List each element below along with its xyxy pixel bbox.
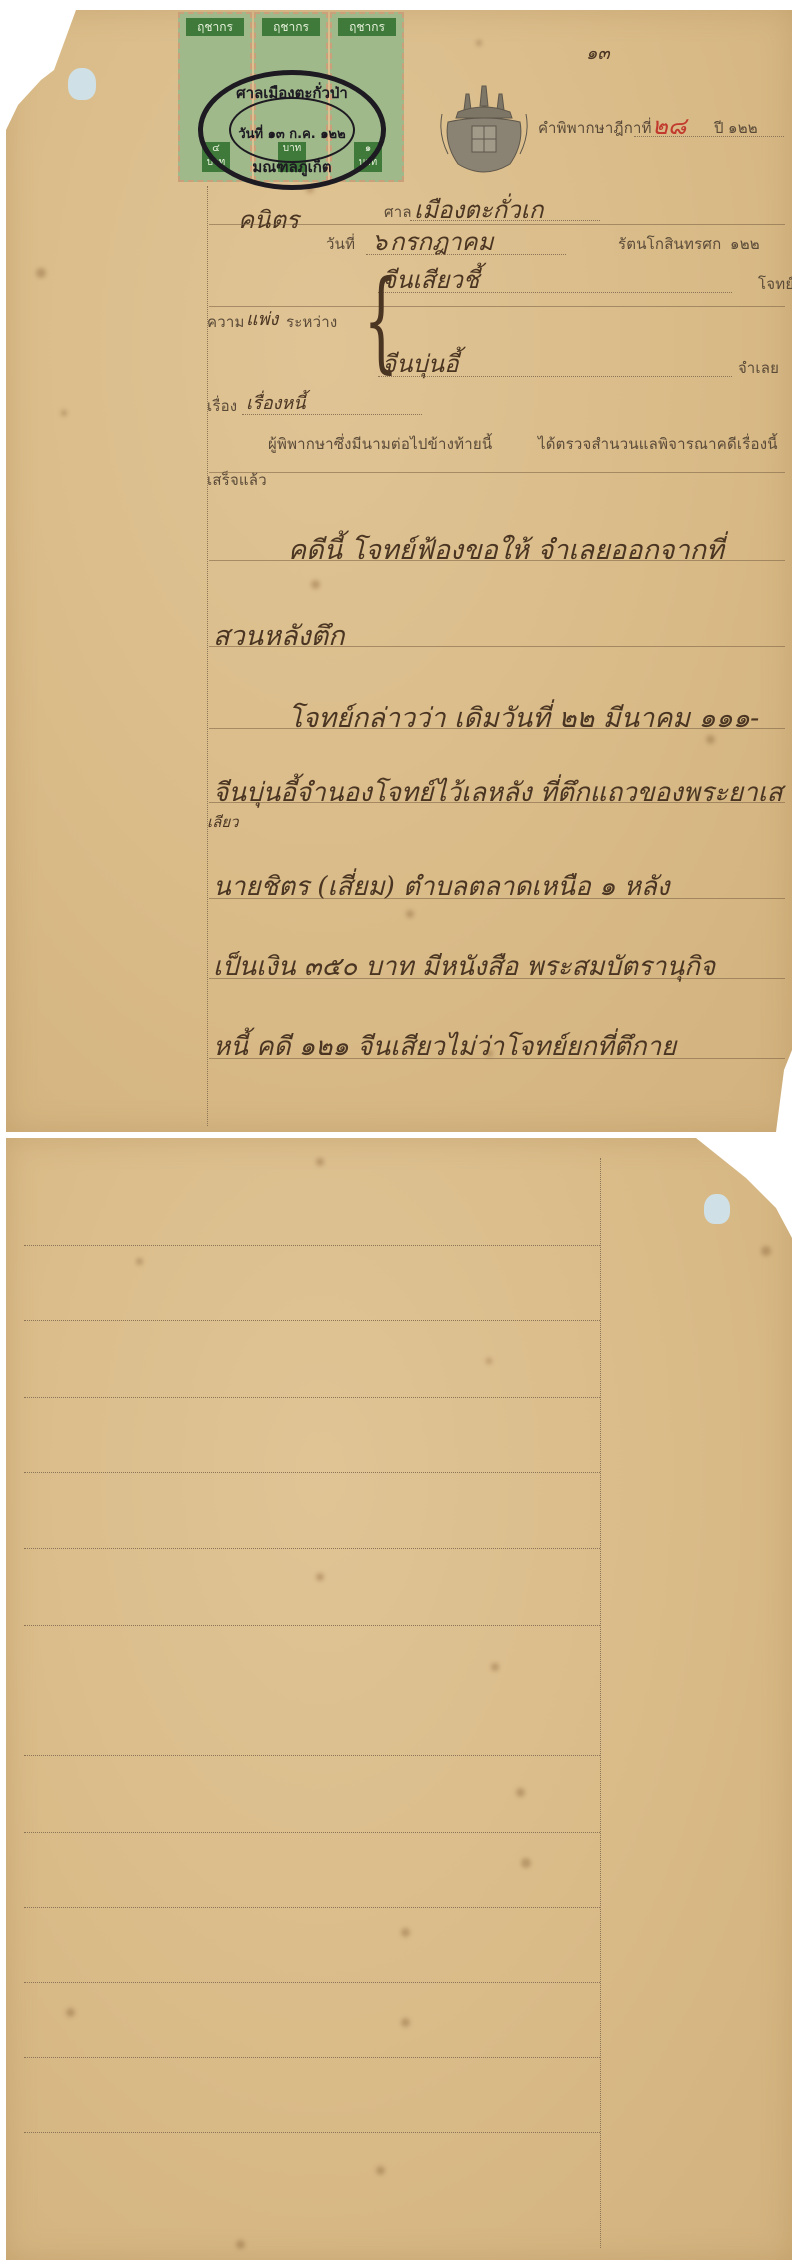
foxing-spot [401, 1928, 410, 1937]
date-label: วันที่ [326, 232, 355, 256]
ruled-line [24, 1755, 600, 1756]
seal-bottom-text: มณฑลภูเก็ต [203, 155, 381, 179]
case-number-rule [634, 136, 784, 137]
body-line: สวนหลังตึก [213, 614, 345, 657]
ruled-line [24, 1907, 600, 1908]
ruled-line [24, 1472, 600, 1473]
foxing-spot [406, 910, 414, 918]
body-line: จีนบุ่นอี้จำนองโจทย์ไว้เลหลัง ที่ตึกแถวข… [213, 772, 783, 813]
plaintiff-role: โจทย์ [758, 272, 794, 296]
body-rule [209, 802, 785, 803]
seal-date-text: วันที่ ๑๓ ก.ค. ๑๒๒ [203, 123, 381, 144]
plaintiff-rule [378, 292, 732, 293]
foxing-spot [491, 1663, 499, 1671]
stamp-header: ฤชากร [262, 18, 320, 36]
foxing-spot [521, 1858, 531, 1868]
foxing-spot [476, 40, 482, 46]
date-month: กรกฎาคม [390, 222, 493, 261]
defendant-name: จีนบุ่นอี้ [382, 344, 459, 383]
era-label: รัตนโกสินทรศก [618, 232, 721, 256]
body-rule [209, 560, 785, 561]
body-rule [209, 898, 785, 899]
body-rule [209, 1058, 785, 1059]
subject-label: เรื่อง [207, 394, 237, 418]
era-year: ๑๒๒ [730, 232, 760, 256]
case-type-label: ความ [207, 310, 245, 334]
judges-statement-2: ได้ตรวจสำนวนแลพิจารณาคดีเรื่องนี้ [538, 432, 778, 456]
royal-emblem-icon [438, 84, 530, 180]
body-line-insert: เลียว [207, 810, 239, 834]
ruled-line [24, 1625, 600, 1626]
foxing-spot [136, 1258, 143, 1265]
body-rule [209, 646, 785, 647]
subject-rule [242, 414, 422, 415]
foxing-spot [316, 1158, 324, 1166]
stamp-header: ฤชากร [186, 18, 244, 36]
body-line: คดีนี้ โจทย์ฟ้องขอให้ จำเลยออกจากที่ [288, 528, 724, 571]
case-type-value: แพ่ง [246, 304, 278, 333]
body-line: หนี้ คดี ๑๒๑ จีนเสียวไม่ว่าโจทย์ยกที่ตึก… [213, 1026, 676, 1067]
foxing-spot [311, 580, 320, 589]
ruled-line [24, 1397, 600, 1398]
judges-statement: ผู้พิพากษาซึ่งมีนามต่อไปข้างท้ายนี้ [268, 432, 492, 456]
case-number-value: ๒๘ [652, 106, 686, 145]
ruled-line [24, 1982, 600, 1983]
margin-note: คนิตร [238, 200, 299, 239]
ruled-line [24, 1832, 600, 1833]
ruled-line [24, 1548, 600, 1549]
case-type-suffix: ระหว่าง [286, 310, 337, 334]
form-rule [209, 306, 785, 307]
document-page-2 [6, 1138, 792, 2260]
seal-top-text: ศาลเมืองตะกั่วป่า [203, 81, 381, 105]
ruled-line [24, 2132, 600, 2133]
foxing-spot [761, 1246, 771, 1256]
document-page-1: ฤชากร ๔ บาท ฤชากร บาท ฤชากร ๑ บาท ศาลเมื… [6, 10, 792, 1132]
court-label: ศาล [384, 200, 412, 224]
foxing-spot [486, 1358, 492, 1364]
body-line: โจทย์กล่าวว่า เดิมวันที่ ๒๒ มีนาคม ๑๑๑- [288, 696, 759, 739]
foxing-spot [36, 268, 46, 278]
subject-value: เรื่องหนี้ [246, 388, 306, 417]
court-cancellation-seal: ศาลเมืองตะกั่วป่า วันที่ ๑๓ ก.ค. ๑๒๒ มณฑ… [198, 70, 386, 190]
ruled-line [24, 1320, 600, 1321]
paper-hole [704, 1194, 730, 1224]
foxing-spot [66, 2008, 75, 2017]
body-line: เป็นเงิน ๓๕๐ บาท มีหนังสือ พระสมบัตรานุก… [213, 946, 715, 987]
foxing-spot [516, 1788, 525, 1797]
body-line: นายชิตร (เสี่ยม) ตำบลตลาดเหนือ ๑ หลัง [213, 866, 670, 907]
court-rule [410, 220, 600, 221]
foxing-spot [236, 2240, 245, 2249]
defendant-rule [378, 376, 732, 377]
foxing-spot [316, 1573, 324, 1581]
foxing-spot [401, 2018, 410, 2027]
top-annotation: ๑๓ [586, 38, 610, 67]
ruled-line [24, 1245, 600, 1246]
column-divider [600, 1158, 601, 2248]
body-rule [209, 978, 785, 979]
form-rule [209, 224, 785, 225]
form-rule [209, 472, 785, 473]
stamp-header: ฤชากร [338, 18, 396, 36]
foxing-spot [61, 410, 67, 416]
date-rule [366, 254, 566, 255]
defendant-role: จำเลย [738, 356, 779, 380]
ruled-line [24, 2057, 600, 2058]
paper-hole [68, 68, 96, 100]
foxing-spot [376, 2166, 385, 2175]
body-rule [209, 728, 785, 729]
